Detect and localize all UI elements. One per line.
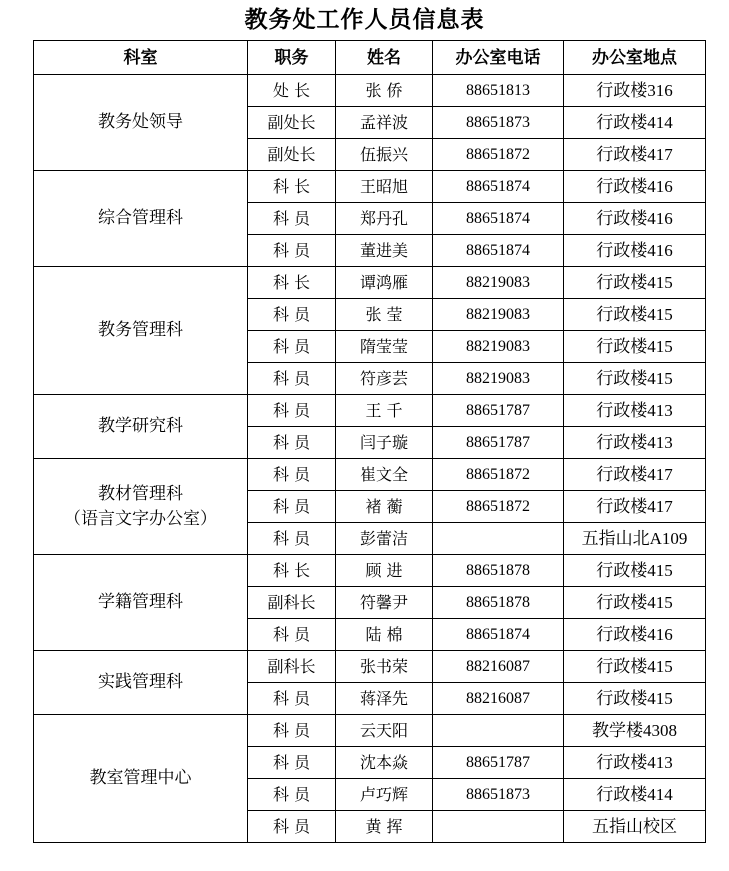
phone-cell: 88651874: [433, 235, 564, 267]
location-cell: 行政楼416: [564, 171, 706, 203]
table-row: 综合管理科科 长王昭旭88651874行政楼416: [34, 171, 706, 203]
location-cell: 行政楼415: [564, 651, 706, 683]
location-cell: 行政楼415: [564, 683, 706, 715]
department-name: 学籍管理科: [34, 590, 247, 615]
phone-cell: 88651872: [433, 459, 564, 491]
location-cell: 行政楼417: [564, 139, 706, 171]
location-cell: 行政楼415: [564, 331, 706, 363]
position-cell: 科 长: [248, 171, 336, 203]
department-subname: （语言文字办公室）: [34, 507, 247, 532]
position-cell: 科 员: [248, 619, 336, 651]
header-department: 科室: [34, 41, 248, 75]
phone-cell: 88651787: [433, 395, 564, 427]
name-cell: 褚 蘅: [336, 491, 433, 523]
phone-cell: 88216087: [433, 683, 564, 715]
name-cell: 王 千: [336, 395, 433, 427]
location-cell: 行政楼413: [564, 395, 706, 427]
header-row: 科室 职务 姓名 办公室电话 办公室地点: [34, 41, 706, 75]
department-cell: 教材管理科（语言文字办公室）: [34, 459, 248, 555]
location-cell: 行政楼416: [564, 619, 706, 651]
phone-cell: 88651873: [433, 107, 564, 139]
location-cell: 行政楼417: [564, 491, 706, 523]
department-cell: 教学研究科: [34, 395, 248, 459]
location-cell: 教学楼4308: [564, 715, 706, 747]
department-cell: 教务管理科: [34, 267, 248, 395]
location-cell: 行政楼417: [564, 459, 706, 491]
position-cell: 科 员: [248, 523, 336, 555]
page-title: 教务处工作人员信息表: [0, 4, 729, 36]
department-name: 教学研究科: [34, 414, 247, 439]
position-cell: 处 长: [248, 75, 336, 107]
location-cell: 行政楼415: [564, 555, 706, 587]
position-cell: 科 员: [248, 491, 336, 523]
position-cell: 科 员: [248, 747, 336, 779]
phone-cell: 88651872: [433, 139, 564, 171]
header-phone: 办公室电话: [433, 41, 564, 75]
phone-cell: [433, 523, 564, 555]
position-cell: 副科长: [248, 651, 336, 683]
department-cell: 综合管理科: [34, 171, 248, 267]
table-row: 教学研究科科 员王 千88651787行政楼413: [34, 395, 706, 427]
name-cell: 符馨尹: [336, 587, 433, 619]
position-cell: 科 员: [248, 203, 336, 235]
position-cell: 科 员: [248, 395, 336, 427]
table-body: 教务处领导处 长张 侨88651813行政楼316副处长孟祥波88651873行…: [34, 75, 706, 843]
name-cell: 张 侨: [336, 75, 433, 107]
department-name: 教务管理科: [34, 318, 247, 343]
header-location: 办公室地点: [564, 41, 706, 75]
position-cell: 科 员: [248, 427, 336, 459]
location-cell: 行政楼415: [564, 587, 706, 619]
department-name: 综合管理科: [34, 206, 247, 231]
location-cell: 行政楼316: [564, 75, 706, 107]
phone-cell: 88219083: [433, 299, 564, 331]
position-cell: 科 长: [248, 555, 336, 587]
phone-cell: 88651813: [433, 75, 564, 107]
table-row: 教务管理科科 长谭鸿雁88219083行政楼415: [34, 267, 706, 299]
location-cell: 行政楼414: [564, 107, 706, 139]
phone-cell: 88651874: [433, 619, 564, 651]
name-cell: 顾 进: [336, 555, 433, 587]
phone-cell: [433, 715, 564, 747]
position-cell: 科 员: [248, 299, 336, 331]
department-name: 教室管理中心: [34, 766, 247, 791]
position-cell: 科 员: [248, 715, 336, 747]
location-cell: 行政楼416: [564, 235, 706, 267]
position-cell: 科 长: [248, 267, 336, 299]
position-cell: 科 员: [248, 683, 336, 715]
name-cell: 沈本焱: [336, 747, 433, 779]
department-name: 教材管理科: [34, 482, 247, 507]
location-cell: 行政楼415: [564, 267, 706, 299]
position-cell: 科 员: [248, 235, 336, 267]
phone-cell: 88219083: [433, 331, 564, 363]
name-cell: 彭蕾洁: [336, 523, 433, 555]
position-cell: 副处长: [248, 107, 336, 139]
location-cell: 行政楼415: [564, 299, 706, 331]
name-cell: 闫子璇: [336, 427, 433, 459]
phone-cell: 88651874: [433, 171, 564, 203]
table-row: 教务处领导处 长张 侨88651813行政楼316: [34, 75, 706, 107]
position-cell: 科 员: [248, 811, 336, 843]
department-cell: 学籍管理科: [34, 555, 248, 651]
phone-cell: 88216087: [433, 651, 564, 683]
name-cell: 董进美: [336, 235, 433, 267]
name-cell: 王昭旭: [336, 171, 433, 203]
name-cell: 蒋泽先: [336, 683, 433, 715]
name-cell: 崔文全: [336, 459, 433, 491]
table-row: 学籍管理科科 长顾 进88651878行政楼415: [34, 555, 706, 587]
department-cell: 教务处领导: [34, 75, 248, 171]
header-name: 姓名: [336, 41, 433, 75]
name-cell: 符彦芸: [336, 363, 433, 395]
header-position: 职务: [248, 41, 336, 75]
table-row: 教材管理科（语言文字办公室）科 员崔文全88651872行政楼417: [34, 459, 706, 491]
name-cell: 张 莹: [336, 299, 433, 331]
table-row: 实践管理科副科长张书荣88216087行政楼415: [34, 651, 706, 683]
phone-cell: [433, 811, 564, 843]
phone-cell: 88651787: [433, 747, 564, 779]
location-cell: 行政楼414: [564, 779, 706, 811]
name-cell: 黄 挥: [336, 811, 433, 843]
position-cell: 科 员: [248, 459, 336, 491]
department-name: 教务处领导: [34, 110, 247, 135]
location-cell: 行政楼413: [564, 747, 706, 779]
name-cell: 张书荣: [336, 651, 433, 683]
location-cell: 行政楼415: [564, 363, 706, 395]
name-cell: 谭鸿雁: [336, 267, 433, 299]
position-cell: 科 员: [248, 779, 336, 811]
phone-cell: 88651872: [433, 491, 564, 523]
name-cell: 云天阳: [336, 715, 433, 747]
location-cell: 行政楼416: [564, 203, 706, 235]
table-row: 教室管理中心科 员云天阳教学楼4308: [34, 715, 706, 747]
phone-cell: 88651878: [433, 555, 564, 587]
department-cell: 实践管理科: [34, 651, 248, 715]
position-cell: 副科长: [248, 587, 336, 619]
department-cell: 教室管理中心: [34, 715, 248, 843]
name-cell: 陆 棉: [336, 619, 433, 651]
phone-cell: 88219083: [433, 363, 564, 395]
phone-cell: 88651873: [433, 779, 564, 811]
name-cell: 伍振兴: [336, 139, 433, 171]
phone-cell: 88651878: [433, 587, 564, 619]
location-cell: 行政楼413: [564, 427, 706, 459]
location-cell: 五指山校区: [564, 811, 706, 843]
name-cell: 隋莹莹: [336, 331, 433, 363]
department-name: 实践管理科: [34, 670, 247, 695]
name-cell: 卢巧辉: [336, 779, 433, 811]
phone-cell: 88651874: [433, 203, 564, 235]
phone-cell: 88651787: [433, 427, 564, 459]
position-cell: 副处长: [248, 139, 336, 171]
phone-cell: 88219083: [433, 267, 564, 299]
location-cell: 五指山北A109: [564, 523, 706, 555]
position-cell: 科 员: [248, 331, 336, 363]
name-cell: 郑丹孔: [336, 203, 433, 235]
staff-table: 科室 职务 姓名 办公室电话 办公室地点 教务处领导处 长张 侨88651813…: [33, 40, 706, 843]
position-cell: 科 员: [248, 363, 336, 395]
name-cell: 孟祥波: [336, 107, 433, 139]
